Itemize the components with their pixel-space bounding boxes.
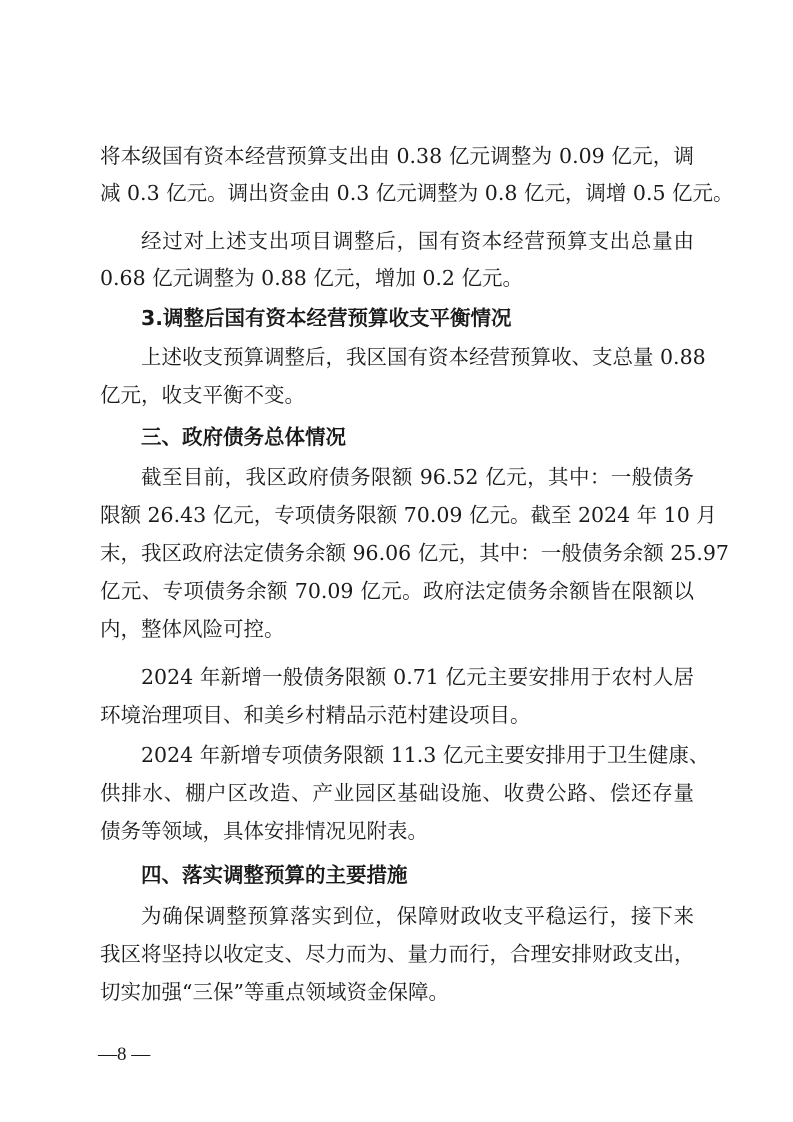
paragraph-line: 2024 年新增专项债务限额 11.3 亿元主要安排用于卫生健康、 [141,740,694,770]
section-heading: 四、落实调整预算的主要措施 [141,860,694,890]
paragraph-line: 限额 26.43 亿元，专项债务限额 70.09 亿元。截至 2024 年 10… [100,500,694,530]
section-heading: 三、政府债务总体情况 [141,422,694,452]
paragraph-line: 内，整体风险可控。 [100,614,694,644]
paragraph-line: 末，我区政府法定债务余额 96.06 亿元，其中：一般债务余额 25.97 [100,538,694,568]
paragraph-line: 将本级国有资本经营预算支出由 0.38 亿元调整为 0.09 亿元，调 [100,141,694,171]
paragraph-line: 环境治理项目、和美乡村精品示范村建设项目。 [100,700,694,730]
paragraph-line: 亿元，收支平衡不变。 [100,380,694,410]
paragraph-line: 供排水、棚户区改造、产业园区基础设施、收费公路、偿还存量 [100,778,694,808]
paragraph-line: 0.68 亿元调整为 0.88 亿元，增加 0.2 亿元。 [100,263,694,293]
paragraph-line: 2024 年新增一般债务限额 0.71 亿元主要安排用于农村人居 [141,662,694,692]
section-heading: 3.调整后国有资本经营预算收支平衡情况 [141,303,694,333]
paragraph-line: 为确保调整预算落实到位，保障财政收支平稳运行，接下来 [141,901,694,931]
paragraph-line: 减 0.3 亿元。调出资金由 0.3 亿元调整为 0.8 亿元，调增 0.5 亿… [100,178,694,208]
paragraph-line: 债务等领域，具体安排情况见附表。 [100,816,694,846]
page-number: —8 — [98,1044,150,1066]
paragraph-line: 截至目前，我区政府债务限额 96.52 亿元，其中：一般债务 [141,462,694,492]
paragraph-line: 切实加强“三保”等重点领域资金保障。 [100,977,694,1007]
paragraph-line: 上述收支预算调整后，我区国有资本经营预算收、支总量 0.88 [141,342,694,372]
paragraph-line: 我区将坚持以收定支、尽力而为、量力而行，合理安排财政支出， [100,939,694,969]
paragraph-line: 亿元、专项债务余额 70.09 亿元。政府法定债务余额皆在限额以 [100,576,694,606]
paragraph-line: 经过对上述支出项目调整后，国有资本经营预算支出总量由 [141,226,694,256]
